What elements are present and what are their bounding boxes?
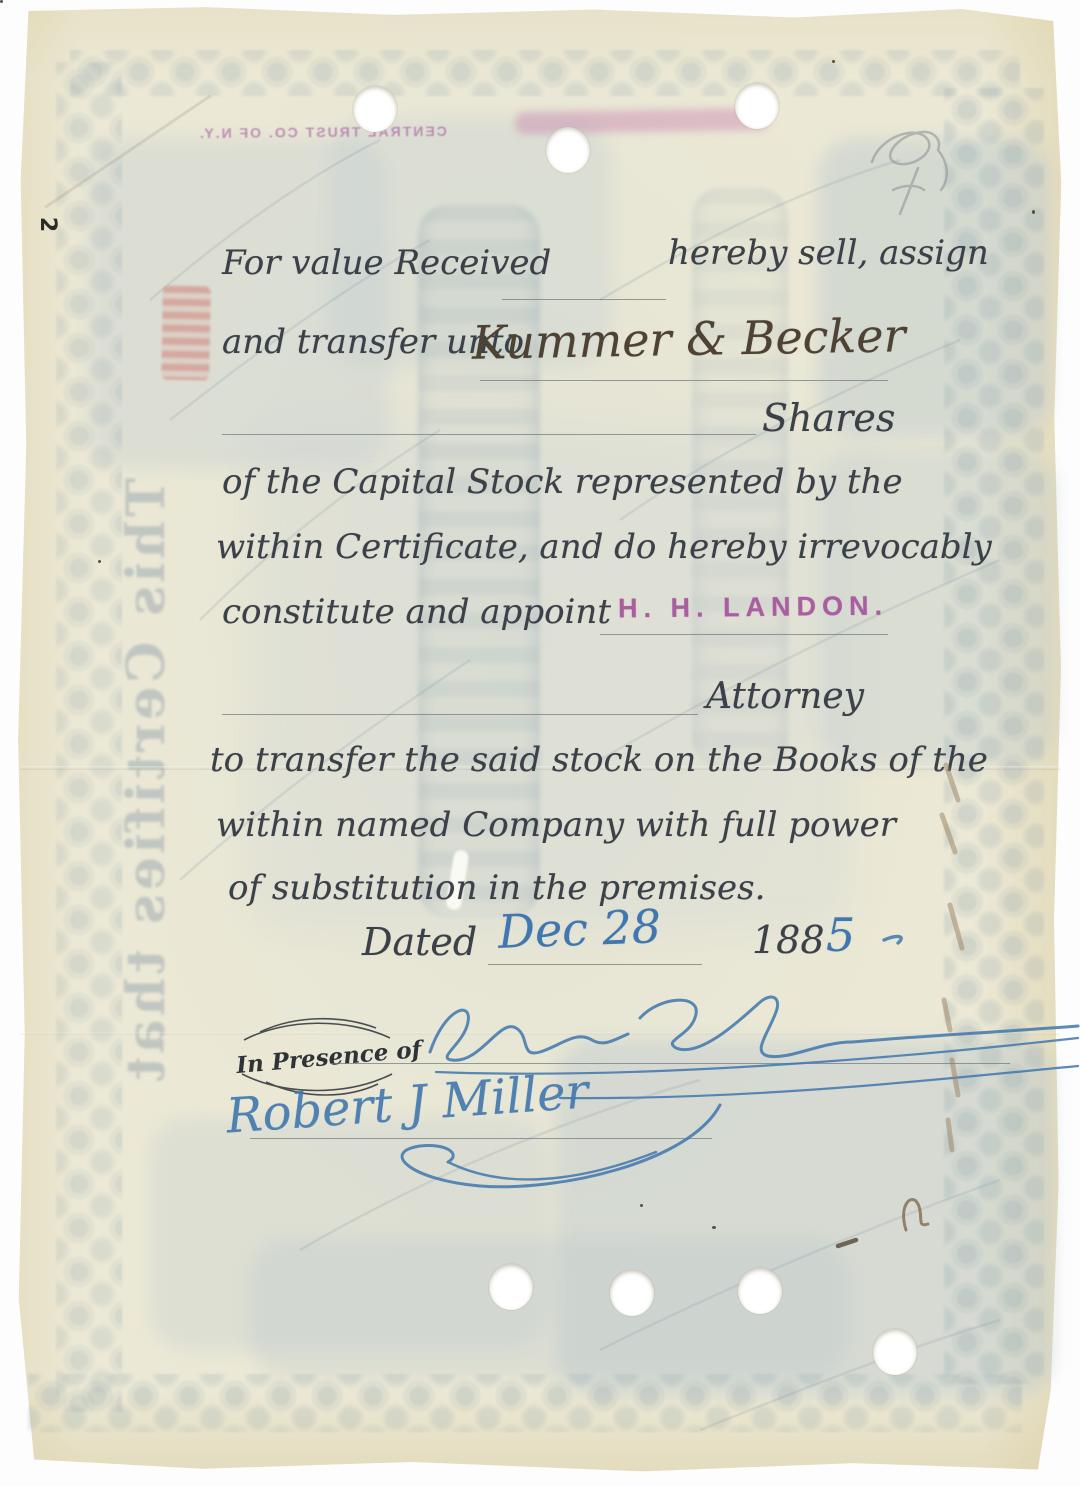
attorney-label: Attorney [706, 676, 864, 717]
form-text-line8: to transfer the said stock on the Books … [210, 740, 988, 780]
form-text-line4: of the Capital Stock represented by the [222, 462, 903, 502]
punched-hole [610, 1270, 654, 1316]
punched-hole [873, 1329, 917, 1375]
ink-speck [712, 1226, 716, 1229]
faded-red-stamp [161, 286, 211, 381]
signature-line [330, 1063, 1010, 1064]
punched-hole [546, 127, 590, 173]
assignee-handwriting: Kummer & Becker [472, 308, 906, 370]
form-text-line6-left: constitute and appoint [222, 592, 611, 632]
blank-line [488, 964, 702, 965]
blank-line [222, 434, 756, 435]
year-printed: 188 [752, 918, 825, 962]
punched-hole [489, 1264, 533, 1310]
ink-speck [0, 0, 3, 3]
punched-hole [735, 83, 779, 129]
form-text-line1-left: For value Received [222, 243, 551, 283]
form-text-line10: of substitution in the premises. [228, 868, 765, 908]
form-text-line5: within Certificate, and do hereby irrevo… [216, 527, 992, 567]
ghost-central-trust-stamp: CENTRAL TRUST CO. OF N.Y. [198, 123, 447, 141]
punched-hole [353, 86, 397, 132]
blank-line [222, 714, 698, 715]
blank-line [502, 299, 666, 300]
blank-line [480, 380, 888, 381]
ink-speck [640, 1204, 643, 1207]
side-number: 2 [35, 217, 60, 232]
punched-hole [738, 1268, 782, 1314]
dated-label: Dated [362, 920, 477, 964]
blank-line [600, 634, 888, 635]
form-text-line9: within named Company with full power [216, 805, 896, 845]
shares-label: Shares [762, 396, 895, 440]
form-text-line1-right: hereby sell, assign [668, 233, 989, 273]
ink-speck [1032, 210, 1035, 214]
ink-speck [832, 60, 835, 63]
date-handwriting: Dec 28 [497, 899, 662, 959]
scanned-stock-transfer-document: This Certifies that CENTRAL TRUST CO. OF… [0, 0, 1080, 1486]
year-digit-handwriting: 5 [826, 908, 855, 962]
attorney-name-stamp: H. H. LANDON. [618, 591, 888, 625]
ghost-ink-streak [515, 108, 770, 134]
ink-speck [98, 560, 101, 563]
ghost-gothic-text: This Certifies that [116, 478, 177, 1146]
